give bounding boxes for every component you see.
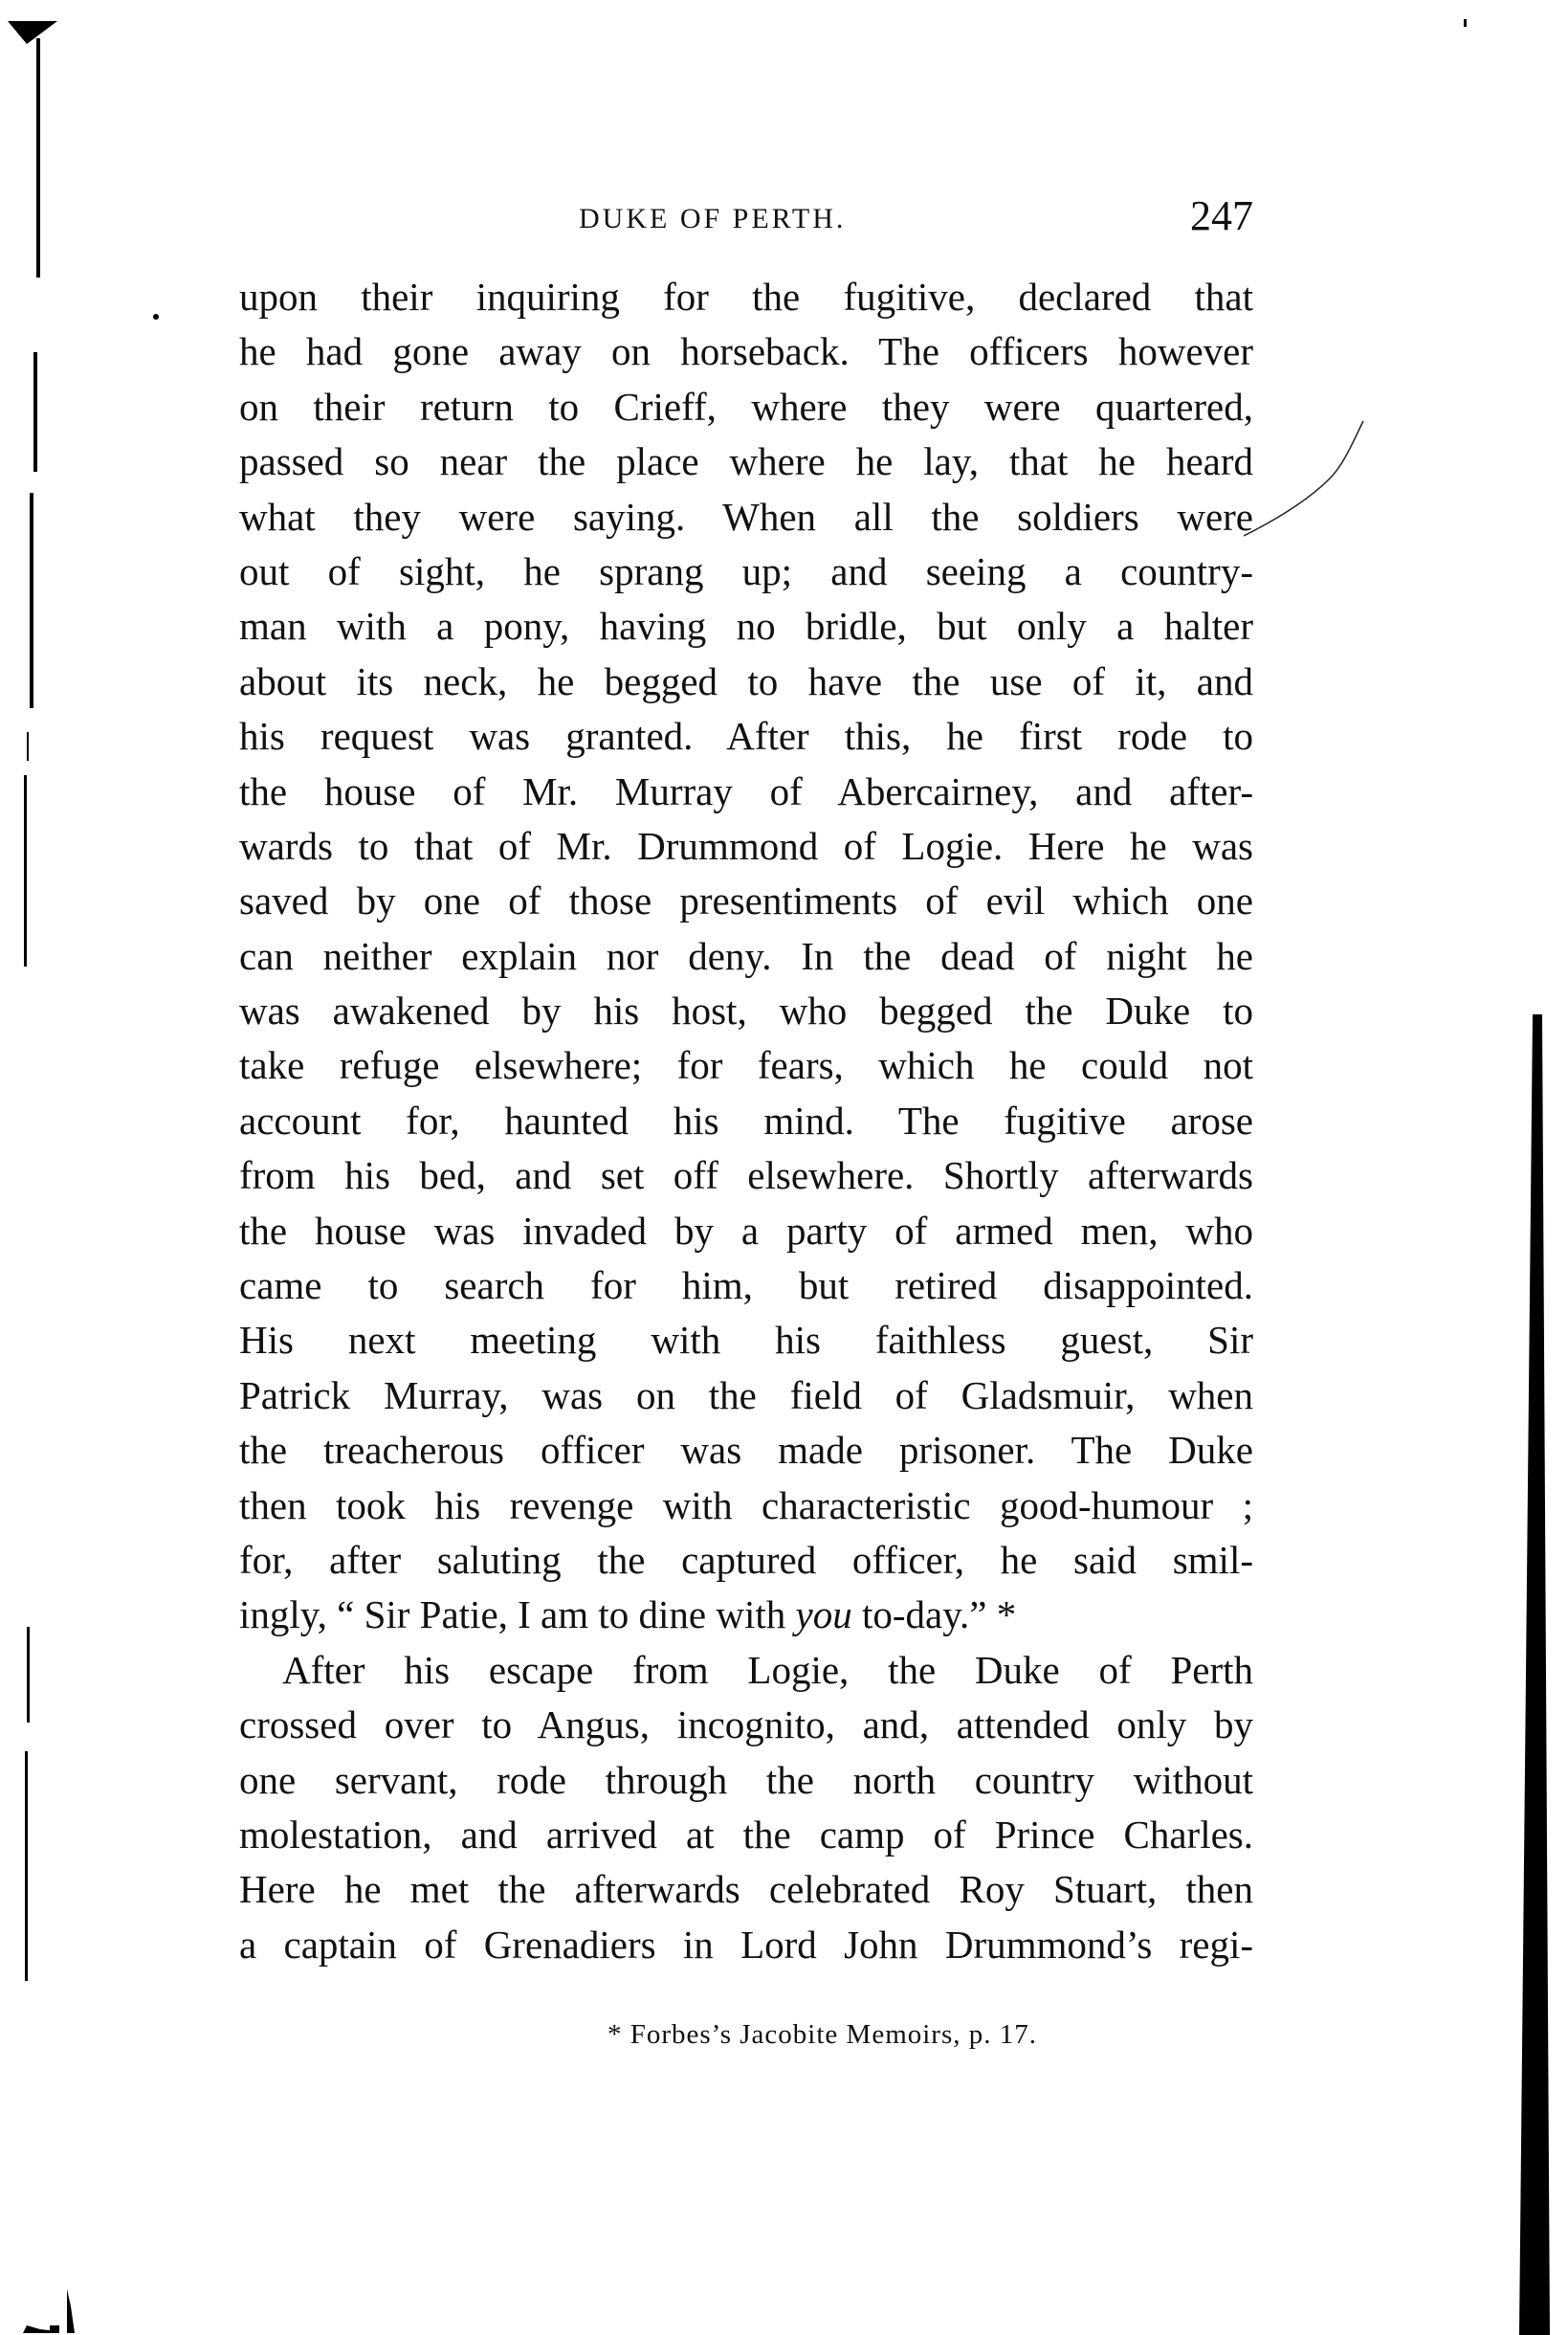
text-line: upon their inquiring for the fugitive, d… — [239, 270, 1253, 324]
text-line: Patrick Murray, was on the field of Glad… — [239, 1368, 1253, 1423]
text-line: then took his revenge with characteristi… — [239, 1479, 1253, 1533]
paragraph-first-line: After his escape from Logie, the Duke of… — [239, 1643, 1253, 1698]
text-line: his request was granted. After this, he … — [239, 709, 1253, 764]
text-line: take refuge elsewhere; for fears, which … — [239, 1038, 1253, 1093]
scan-left-edge-line — [27, 1627, 30, 1723]
text-line: saved by one of those presentiments of e… — [239, 874, 1253, 928]
scan-speck — [1464, 19, 1467, 27]
text-span: ingly, “ Sir Patie, I am to dine with — [239, 1592, 796, 1636]
text-line: account for, haunted his mind. The fugit… — [239, 1094, 1253, 1148]
scan-right-edge-bar — [1512, 1014, 1568, 2335]
text-line: molestation, and arrived at the camp of … — [239, 1808, 1253, 1862]
footnote: * Forbes’s Jacobite Memoirs, p. 17. — [0, 2019, 1568, 2051]
scan-left-edge-line — [33, 352, 37, 472]
text-line: the house was invaded by a party of arme… — [239, 1204, 1253, 1258]
text-line: the house of Mr. Murray of Abercairney, … — [239, 765, 1253, 819]
scan-left-edge-line — [27, 732, 29, 761]
text-line: on their return to Crieff, where they we… — [239, 380, 1253, 434]
text-line: ingly, “ Sir Patie, I am to dine with yo… — [239, 1588, 1253, 1642]
text-line: wards to that of Mr. Drummond of Logie. … — [239, 819, 1253, 874]
scan-speck — [152, 313, 160, 321]
text-line: came to search for him, but retired disa… — [239, 1258, 1253, 1313]
text-line: crossed over to Angus, incognito, and, a… — [239, 1698, 1253, 1752]
text-line: man with a pony, having no bridle, but o… — [239, 599, 1253, 654]
pencil-mark — [1244, 383, 1435, 622]
book-page: DUKE OF PERTH. 247 upon their inquiring … — [0, 0, 1568, 2335]
text-line: what they were saying. When all the sold… — [239, 490, 1253, 545]
scan-left-edge-line — [24, 775, 27, 967]
text-line: out of sight, he sprang up; and seeing a… — [239, 545, 1253, 599]
text-line: for, after saluting the captured officer… — [239, 1533, 1253, 1588]
footnote-text: * Forbes’s Jacobite Memoirs, p. 17. — [607, 2019, 1037, 2050]
running-head: DUKE OF PERTH. — [579, 203, 846, 235]
text-line: Here he met the afterwards celebrated Ro… — [239, 1862, 1253, 1917]
body-text: upon their inquiring for the fugitive, d… — [239, 270, 1253, 1972]
page-number: 247 — [1190, 191, 1253, 240]
text-line: was awakened by his host, who begged the… — [239, 984, 1253, 1038]
text-line: he had gone away on horseback. The offic… — [239, 324, 1253, 379]
scan-bottom-mark — [21, 2287, 78, 2335]
text-line: from his bed, and set off elsewhere. Sho… — [239, 1148, 1253, 1203]
text-line: about its neck, he begged to have the us… — [239, 655, 1253, 709]
text-line: His next meeting with his faithless gues… — [239, 1313, 1253, 1368]
text-line: passed so near the place where he lay, t… — [239, 434, 1253, 489]
text-line: a captain of Grenadiers in Lord John Dru… — [239, 1918, 1253, 1972]
text-span: to-day.” * — [852, 1592, 1017, 1636]
page-header: DUKE OF PERTH. 247 — [239, 191, 1253, 239]
scan-corner-mark — [8, 21, 57, 44]
scan-left-edge-line — [25, 1751, 28, 1981]
text-line: one servant, rode through the north coun… — [239, 1753, 1253, 1808]
italic-emphasis: you — [796, 1592, 852, 1636]
text-line: the treacherous officer was made prisone… — [239, 1423, 1253, 1478]
scan-left-edge-line — [30, 493, 33, 708]
text-line: can neither explain nor deny. In the dea… — [239, 929, 1253, 984]
scan-left-edge-line — [36, 38, 40, 278]
